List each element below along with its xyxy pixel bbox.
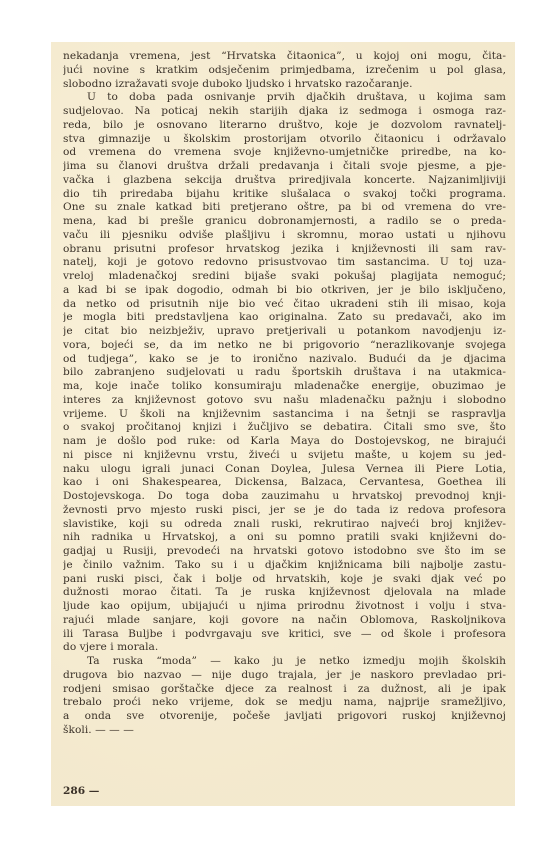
- text-line: U to doba pada osnivanje prvih djačkih d…: [63, 91, 506, 105]
- text-line: je citat bio neizbježiv, upravo pretjeri…: [63, 325, 506, 339]
- text-line: ma, koje inače toliko konsumiraju mladen…: [63, 380, 506, 394]
- text-line: interes za književnost gotovo svu našu m…: [63, 394, 506, 408]
- text-line: je mogla biti predstavljena kao original…: [63, 311, 506, 325]
- paragraph-1: nekadanja vremena, jest “Hrvatska čitaon…: [63, 50, 506, 91]
- text-line: slobodno izražavati svoje duboko ljudsko…: [63, 78, 506, 92]
- text-line: gadjaj u Rusiji, prevodeći na hrvatski g…: [63, 545, 506, 559]
- paragraph-3: Ta ruska “moda” — kako ju je netko izmed…: [63, 655, 506, 738]
- text-line: pani ruski pisci, čak i bolje od hrvatsk…: [63, 573, 506, 587]
- text-line: ljude kao opijum, ubijajući u njima prir…: [63, 600, 506, 614]
- text-line: a onda sve otvorenije, počeše javljati p…: [63, 710, 506, 724]
- text-line: natelj, koji je gotovo redovno prisustvo…: [63, 256, 506, 270]
- text-line: obranu prisutni profesor hrvatskog jezik…: [63, 243, 506, 257]
- text-line: stva gimnazije u školskim prostorijam ot…: [63, 133, 506, 147]
- text-line: jući novine s kratkim odsječenim primjed…: [63, 64, 506, 78]
- text-line: slavistike, koji su odreda znali ruski, …: [63, 518, 506, 532]
- text-line: od tudjega”, kako se je to ironično nazi…: [63, 353, 506, 367]
- text-line: reda, bilo je osnovano literarno društvo…: [63, 119, 506, 133]
- text-line: vaču ili pjesniku odviše plašljivu i skr…: [63, 229, 506, 243]
- text-line: mena, kad bi prešle granicu dobronamjern…: [63, 215, 506, 229]
- text-line: drugova bio nazvao — nije dugo trajala, …: [63, 669, 506, 683]
- text-line: sudjelovao. Na poticaj nekih starijih dj…: [63, 105, 506, 119]
- text-line: dužnosti morao čitati. Ta je ruska knjiž…: [63, 586, 506, 600]
- book-page: nekadanja vremena, jest “Hrvatska čitaon…: [51, 42, 515, 806]
- text-line: je činilo važnim. Tako su i u djačkim kn…: [63, 559, 506, 573]
- text-line: rodjeni smisao gorštačke djece za realno…: [63, 683, 506, 697]
- text-line: nam je došlo pod ruke: od Karla Maya do …: [63, 435, 506, 449]
- text-line: vrijeme. U školi na književnim sastancim…: [63, 408, 506, 422]
- text-line: ževnosti prvo mjesto ruski pisci, jer se…: [63, 504, 506, 518]
- text-line: kao i oni Shakespearea, Dickensa, Balzac…: [63, 476, 506, 490]
- text-line: jima su članovi društva držali predavanj…: [63, 160, 506, 174]
- text-line: rajući mlade sanjare, koji govore na nač…: [63, 614, 506, 628]
- text-line: školi. — — —: [63, 724, 506, 738]
- text-line: a kad bi se ipak dogodio, odmah bi bio o…: [63, 284, 506, 298]
- text-line: Dostojevskoga. Do toga doba zauzimahu u …: [63, 490, 506, 504]
- text-line: vora, bojeći se, da im netko ne bi prigo…: [63, 339, 506, 353]
- text-line: vreloj mladenačkoj sredini bijaše svaki …: [63, 270, 506, 284]
- text-line: da netko od prisutnih nije bio već čitao…: [63, 298, 506, 312]
- text-line: trebalo proći neko vrijeme, dok se medju…: [63, 696, 506, 710]
- text-line: dio tih priredaba bijahu kritike slušala…: [63, 188, 506, 202]
- text-line: nekadanja vremena, jest “Hrvatska čitaon…: [63, 50, 506, 64]
- page-body-text: nekadanja vremena, jest “Hrvatska čitaon…: [63, 50, 506, 738]
- text-line: bilo zabranjeno sudjelovati u radu šport…: [63, 366, 506, 380]
- text-line: od vremena do vremena svoje književno-um…: [63, 146, 506, 160]
- text-line: do vjere i morala.: [63, 641, 506, 655]
- text-line: naku ulogu igrali junaci Conan Doylea, J…: [63, 463, 506, 477]
- paragraph-2: U to doba pada osnivanje prvih djačkih d…: [63, 91, 506, 655]
- text-line: One su znale katkad biti pretjerano oštr…: [63, 201, 506, 215]
- page-number: 286 —: [63, 785, 99, 797]
- text-line: vačka i glazbena sekcija društva priredj…: [63, 174, 506, 188]
- text-line: Ta ruska “moda” — kako ju je netko izmed…: [63, 655, 506, 669]
- text-line: ili Tarasa Buljbe i podvrgavaju sve krit…: [63, 628, 506, 642]
- text-line: ni pisce ni književnu vrstu, živeći u sv…: [63, 449, 506, 463]
- text-line: o svakoj pročitanoj knjizi i žučljivo se…: [63, 421, 506, 435]
- text-line: nih radnika u Hrvatskoj, a oni su pomno …: [63, 531, 506, 545]
